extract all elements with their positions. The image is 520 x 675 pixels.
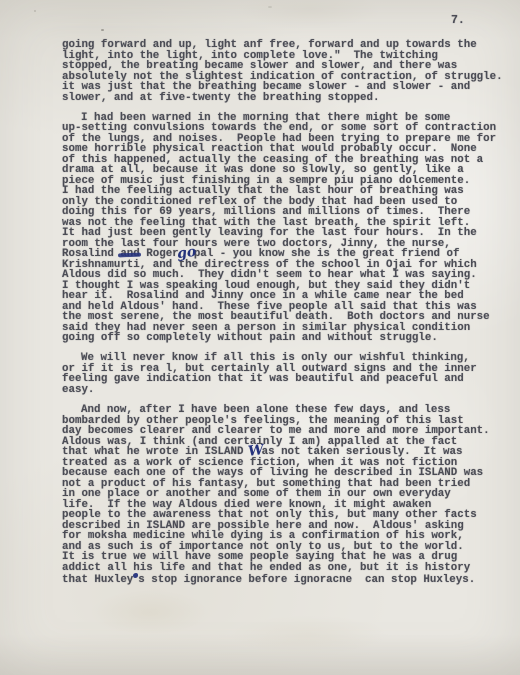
- handwritten-correction: go: [177, 252, 196, 254]
- document-body: going forward and up, light anf free, fo…: [62, 40, 507, 584]
- paragraph: going forward and up, light anf free, fo…: [62, 40, 507, 103]
- handwritten-correction: W: [248, 450, 264, 452]
- typewritten-line: that what he wrote in ISLAND Was not tak…: [62, 447, 507, 458]
- typewritten-line: stopped, the breating became slower and …: [62, 61, 507, 72]
- paragraph: We will never know if all this is only o…: [62, 353, 507, 395]
- typewritten-line: that Huxleys stop ignorance before ignor…: [62, 573, 507, 584]
- paragraph: And now, after I have been alone these f…: [62, 405, 507, 584]
- ink-strikethrough: and: [120, 249, 139, 260]
- typed-text: that Huxley: [62, 574, 133, 586]
- paragraph: I had been warned in the morning that th…: [62, 113, 507, 344]
- paper-speck: [268, 6, 272, 8]
- typewritten-line: And now, after I have been alone these f…: [62, 405, 507, 416]
- paper-speck: [101, 29, 104, 31]
- typewritten-line: slower, and at five-twenty the breathing…: [62, 93, 507, 104]
- typewritten-line: easy.: [62, 385, 507, 396]
- typewritten-line: day becomes clearer and clearer to me an…: [62, 426, 507, 437]
- typewritten-line: feeling gave indication that it was beau…: [62, 374, 507, 385]
- page-number: 7.: [451, 14, 465, 27]
- typed-text: s stop ignorance before ignoracne can st…: [138, 574, 475, 586]
- paper-stain: [90, 590, 210, 635]
- paper-stain: [240, 0, 380, 30]
- paper-stain: [230, 615, 390, 655]
- typewritten-line: it was just that the breathing became sl…: [62, 82, 507, 93]
- paper-speck: [34, 10, 36, 12]
- typewritten-line: going off so completely without pain and…: [62, 333, 507, 344]
- typewritten-line: going forward and up, light anf free, fo…: [62, 40, 507, 51]
- typewritten-line: addict all his life and that he ended as…: [62, 563, 507, 574]
- scanned-letter-page: { "colors":{ "paper":"#e9e7e1", "type-in…: [0, 0, 520, 675]
